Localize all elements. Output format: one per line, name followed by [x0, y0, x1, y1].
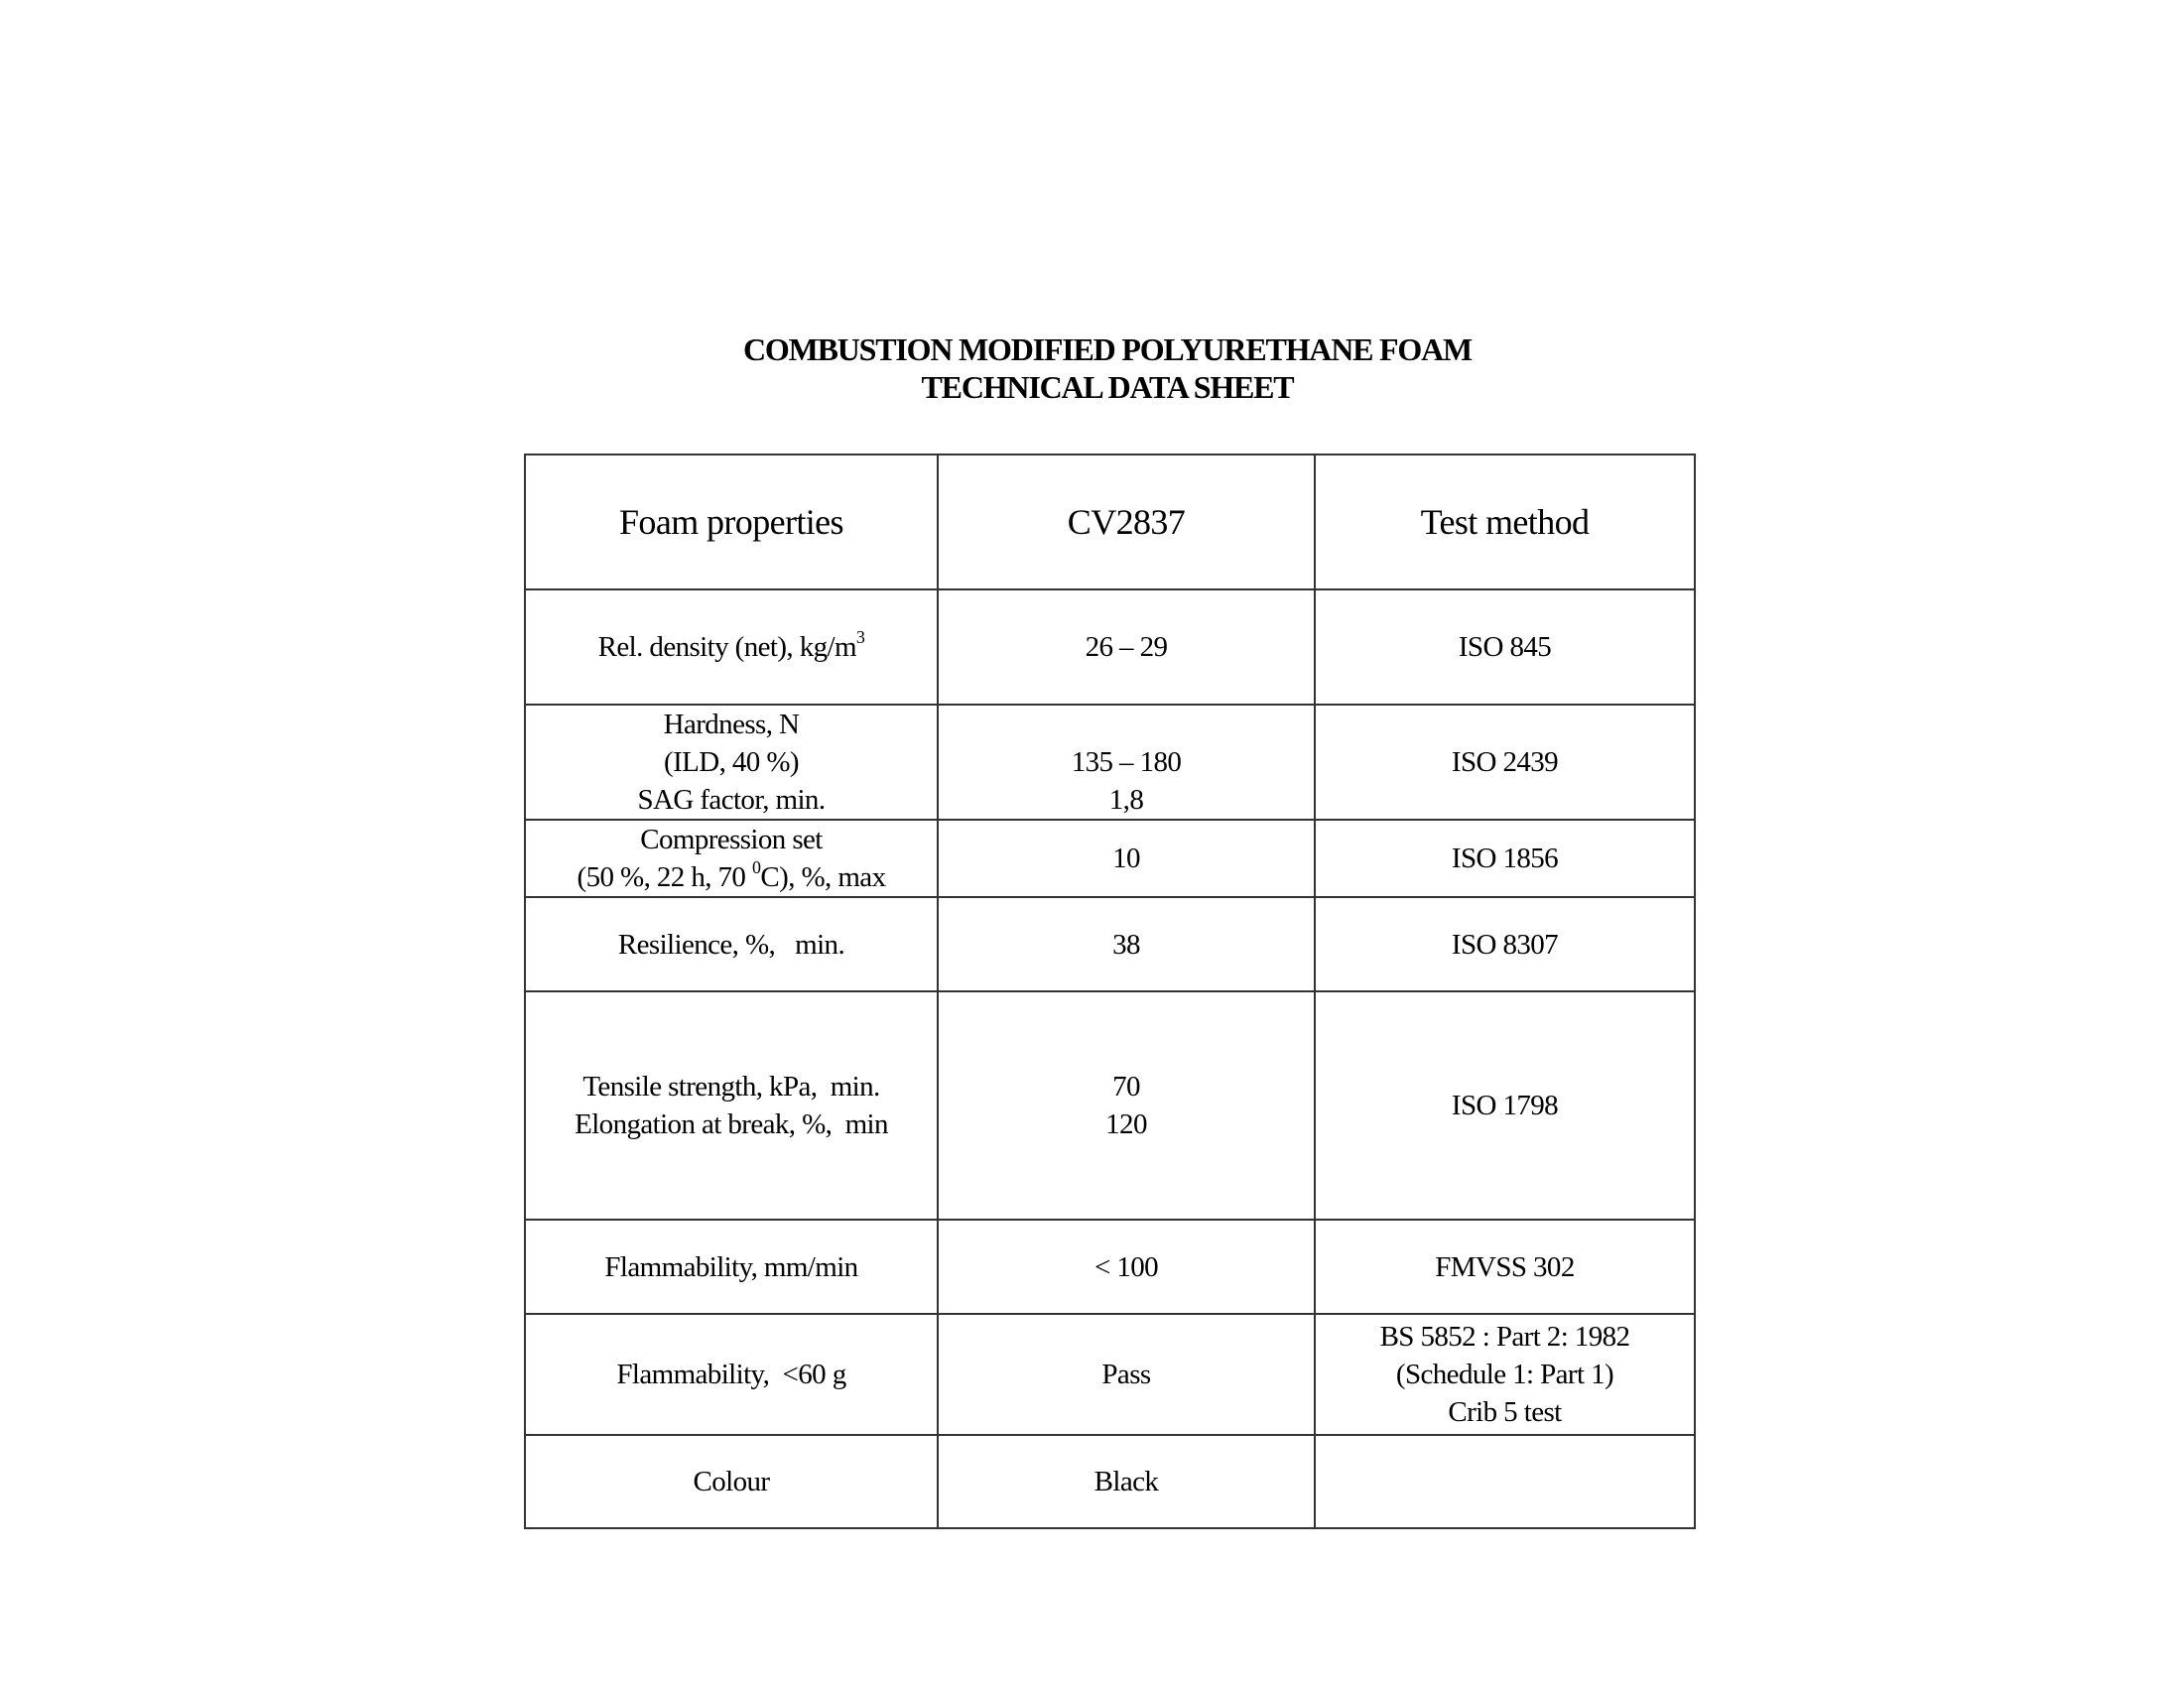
value-text: 38 — [1112, 929, 1140, 961]
header-test-method: Test method — [1315, 454, 1695, 589]
method-cell: ISO 1798 — [1315, 991, 1695, 1220]
method-cell: ISO 8307 — [1315, 897, 1695, 991]
value-cell: < 100 — [938, 1220, 1315, 1314]
method-text: ISO 2439 — [1452, 746, 1558, 778]
value-text: Pass — [1101, 1359, 1150, 1390]
table-row: Compression set (50 %, 22 h, 70 0C), %, … — [525, 820, 1695, 897]
property-text: (ILD, 40 %) — [532, 743, 931, 781]
property-text: Flammability, <60 g — [616, 1359, 845, 1390]
property-cell: Flammability, mm/min — [525, 1220, 938, 1314]
method-cell — [1315, 1435, 1695, 1528]
method-cell: ISO 845 — [1315, 589, 1695, 705]
property-text: Rel. density (net), kg/m — [598, 631, 856, 663]
value-cell: Black — [938, 1435, 1315, 1528]
value-cell: 10 — [938, 820, 1315, 897]
technical-data-table: Foam properties CV2837 Test method Rel. … — [524, 454, 1696, 1529]
property-text: Flammability, mm/min — [604, 1251, 857, 1283]
property-text: Elongation at break, %, min — [532, 1105, 931, 1143]
property-text: (50 %, 22 h, 70 — [578, 861, 752, 893]
table-row: Colour Black — [525, 1435, 1695, 1528]
value-text: < 100 — [1094, 1251, 1158, 1283]
table-row: Rel. density (net), kg/m3 26 – 29 ISO 84… — [525, 589, 1695, 705]
value-cell: 70 120 — [938, 991, 1315, 1220]
method-cell: ISO 1856 — [1315, 820, 1695, 897]
property-cell: Colour — [525, 1435, 938, 1528]
method-text: Crib 5 test — [1322, 1393, 1688, 1431]
property-cell: Flammability, <60 g — [525, 1314, 938, 1435]
property-cell: Tensile strength, kPa, min.Elongation at… — [525, 991, 938, 1220]
property-cell: Hardness, N (ILD, 40 %) SAG factor, min. — [525, 705, 938, 820]
property-cell: Compression set (50 %, 22 h, 70 0C), %, … — [525, 820, 938, 897]
superscript: 3 — [856, 627, 864, 647]
table-row: Flammability, mm/min < 100 FMVSS 302 — [525, 1220, 1695, 1314]
method-text: FMVSS 302 — [1435, 1251, 1574, 1283]
value-text: 70 — [945, 1068, 1308, 1105]
title-line-1: COMBUSTION MODIFIED POLYURETHANE FOAM — [0, 330, 2184, 368]
method-text: ISO 1856 — [1452, 843, 1558, 874]
value-cell: 135 – 180 1,8 — [938, 705, 1315, 820]
table-row: Hardness, N (ILD, 40 %) SAG factor, min.… — [525, 705, 1695, 820]
value-text: 10 — [1112, 843, 1140, 874]
value-text: 120 — [945, 1105, 1308, 1143]
method-cell: ISO 2439 — [1315, 705, 1695, 820]
property-text: Resilience, %, min. — [618, 929, 844, 961]
document-title: COMBUSTION MODIFIED POLYURETHANE FOAM TE… — [0, 330, 2184, 406]
property-text: C), %, max — [760, 861, 885, 893]
property-cell: Resilience, %, min. — [525, 897, 938, 991]
value-text: Black — [1094, 1466, 1159, 1497]
table-header-row: Foam properties CV2837 Test method — [525, 454, 1695, 589]
table-row: Resilience, %, min. 38 ISO 8307 — [525, 897, 1695, 991]
header-product-code: CV2837 — [938, 454, 1315, 589]
method-text: (Schedule 1: Part 1) — [1322, 1356, 1688, 1393]
value-cell: 26 – 29 — [938, 589, 1315, 705]
table-row: Flammability, <60 g Pass BS 5852 : Part … — [525, 1314, 1695, 1435]
property-text: SAG factor, min. — [532, 781, 931, 819]
method-cell: BS 5852 : Part 2: 1982 (Schedule 1: Part… — [1315, 1314, 1695, 1435]
title-line-2: TECHNICAL DATA SHEET — [0, 368, 2184, 406]
method-text: ISO 1798 — [1452, 1090, 1558, 1121]
table-row: Tensile strength, kPa, min.Elongation at… — [525, 991, 1695, 1220]
value-text: 1,8 — [945, 781, 1308, 819]
property-text: Compression set — [532, 821, 931, 858]
superscript: 0 — [752, 857, 760, 877]
value-cell: Pass — [938, 1314, 1315, 1435]
property-text: Hardness, N — [532, 706, 931, 743]
property-text: Colour — [694, 1466, 770, 1497]
method-cell: FMVSS 302 — [1315, 1220, 1695, 1314]
value-cell: 38 — [938, 897, 1315, 991]
method-text: ISO 8307 — [1452, 929, 1558, 961]
header-foam-properties: Foam properties — [525, 454, 938, 589]
value-text: 135 – 180 — [945, 743, 1308, 781]
property-cell: Rel. density (net), kg/m3 — [525, 589, 938, 705]
method-text: ISO 845 — [1459, 631, 1551, 663]
method-text: BS 5852 : Part 2: 1982 — [1322, 1318, 1688, 1356]
value-text: 26 – 29 — [1086, 631, 1168, 663]
property-text: Tensile strength, kPa, min. — [532, 1068, 931, 1105]
